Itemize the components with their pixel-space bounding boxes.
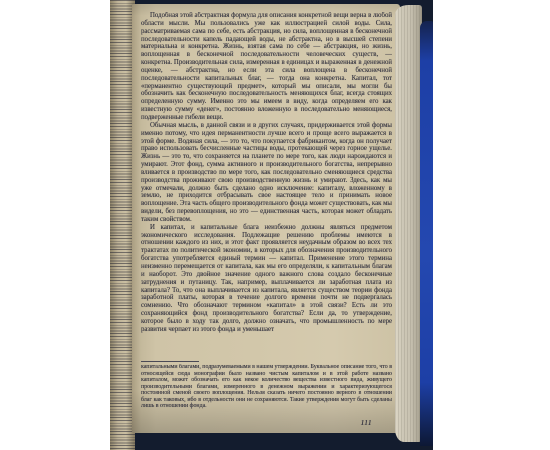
footnote-separator bbox=[141, 361, 199, 362]
paragraph-1: Подобная этой абстрактная формула для оп… bbox=[141, 12, 392, 122]
page-text-column: Подобная этой абстрактная формула для оп… bbox=[141, 12, 392, 429]
book-page: Подобная этой абстрактная формула для оп… bbox=[132, 4, 400, 433]
photo-background: Подобная этой абстрактная формула для оп… bbox=[0, 0, 550, 450]
body-text: Подобная этой абстрактная формула для оп… bbox=[141, 12, 392, 358]
book-cover-edge bbox=[420, 21, 433, 446]
book-photo: Подобная этой абстрактная формула для оп… bbox=[110, 0, 433, 450]
paragraph-2: Обычная мысль, в данной связи и в других… bbox=[141, 122, 392, 224]
page-number: 111 bbox=[141, 419, 392, 427]
footnote: капитальными благами, подразумеваемыми в… bbox=[141, 364, 392, 417]
stacked-page-edges bbox=[395, 5, 422, 442]
paragraph-3: И капитал, и капитальные блага неизбежно… bbox=[141, 224, 392, 334]
